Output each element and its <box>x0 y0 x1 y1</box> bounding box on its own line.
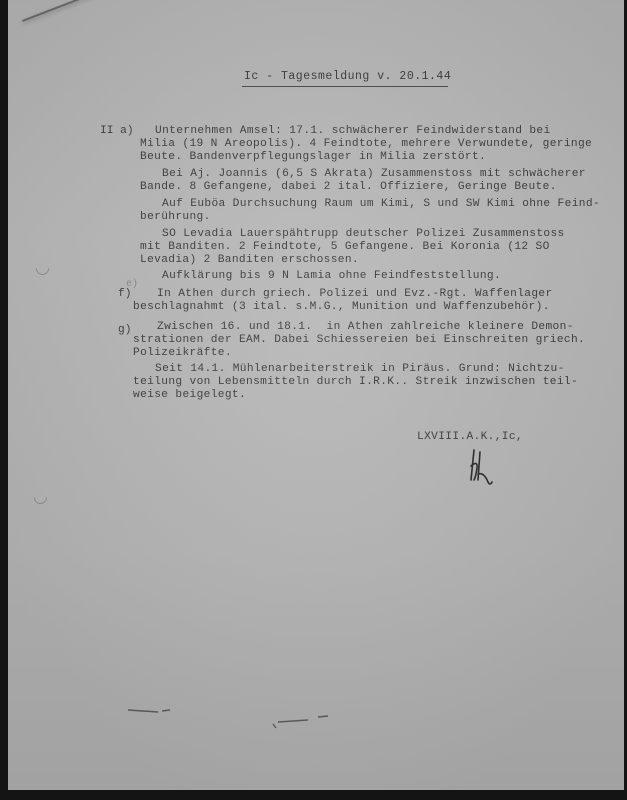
para-a3-line-2: berührung. <box>140 211 211 224</box>
para-a1-line-3: Beute. Bandenverpflegungslager in Milia … <box>140 151 486 164</box>
paper-fold-crease <box>22 0 163 22</box>
signature-block: LXVIII.A.K.,Ic, <box>417 431 523 444</box>
para-g2-line-3: weise beigelegt. <box>133 389 246 402</box>
para-a3-line-1: Auf Euböa Durchsuchung Raum um Kimi, S u… <box>162 198 600 211</box>
punch-hole-mark-top <box>33 259 51 277</box>
para-g2-line-2: teilung von Lebensmitteln durch I.R.K.. … <box>133 376 578 389</box>
section-label: II a) <box>100 125 134 137</box>
punch-hole-mark-bottom <box>31 488 49 506</box>
para-a4-line-2: mit Banditen. 2 Feindtote, 5 Gefangene. … <box>140 241 550 254</box>
scanned-document-page: Ic - Tagesmeldung v. 20.1.44 II a) Unter… <box>8 0 624 790</box>
para-f-line-1: In Athen durch griech. Polizei und Evz.-… <box>157 288 553 301</box>
para-g2-line-1: Seit 14.1. Mühlenarbeiterstreik in Piräu… <box>155 363 565 376</box>
para-f-line-2: beschlagnahmt (3 ital. s.M.G., Munition … <box>133 301 550 314</box>
handwritten-signature <box>468 446 508 486</box>
para-a2-line-1: Bei Aj. Joannis (6,5 S Akrata) Zusammens… <box>162 168 586 181</box>
para-g-line-3: Polizeikräfte. <box>133 347 232 360</box>
para-a5-line-1: Aufklärung bis 9 N Lamia ohne Feindfests… <box>162 270 501 283</box>
para-g-line-1: Zwischen 16. und 18.1. in Athen zahlreic… <box>157 321 574 334</box>
para-a2-line-2: Bande. 8 Gefangene, dabei 2 ital. Offizi… <box>140 181 557 194</box>
section-f-label: f) <box>118 288 131 300</box>
para-g-line-2: strationen der EAM. Dabei Schiessereien … <box>133 334 585 347</box>
para-a4-line-1: SO Levadia Lauerspähtrupp deutscher Poli… <box>162 228 565 241</box>
para-a1-line-2: Milia (19 N Areopolis). 4 Feindtote, meh… <box>140 138 592 151</box>
document-title: Ic - Tagesmeldung v. 20.1.44 <box>244 70 451 83</box>
section-g-label: g) <box>118 324 131 336</box>
para-a1-line-1: Unternehmen Amsel: 17.1. schwächerer Fei… <box>155 125 551 138</box>
title-underline <box>242 86 448 87</box>
para-a4-line-3: Levadia) 2 Banditen erschossen. <box>140 254 359 267</box>
stray-ink-marks <box>128 704 368 734</box>
